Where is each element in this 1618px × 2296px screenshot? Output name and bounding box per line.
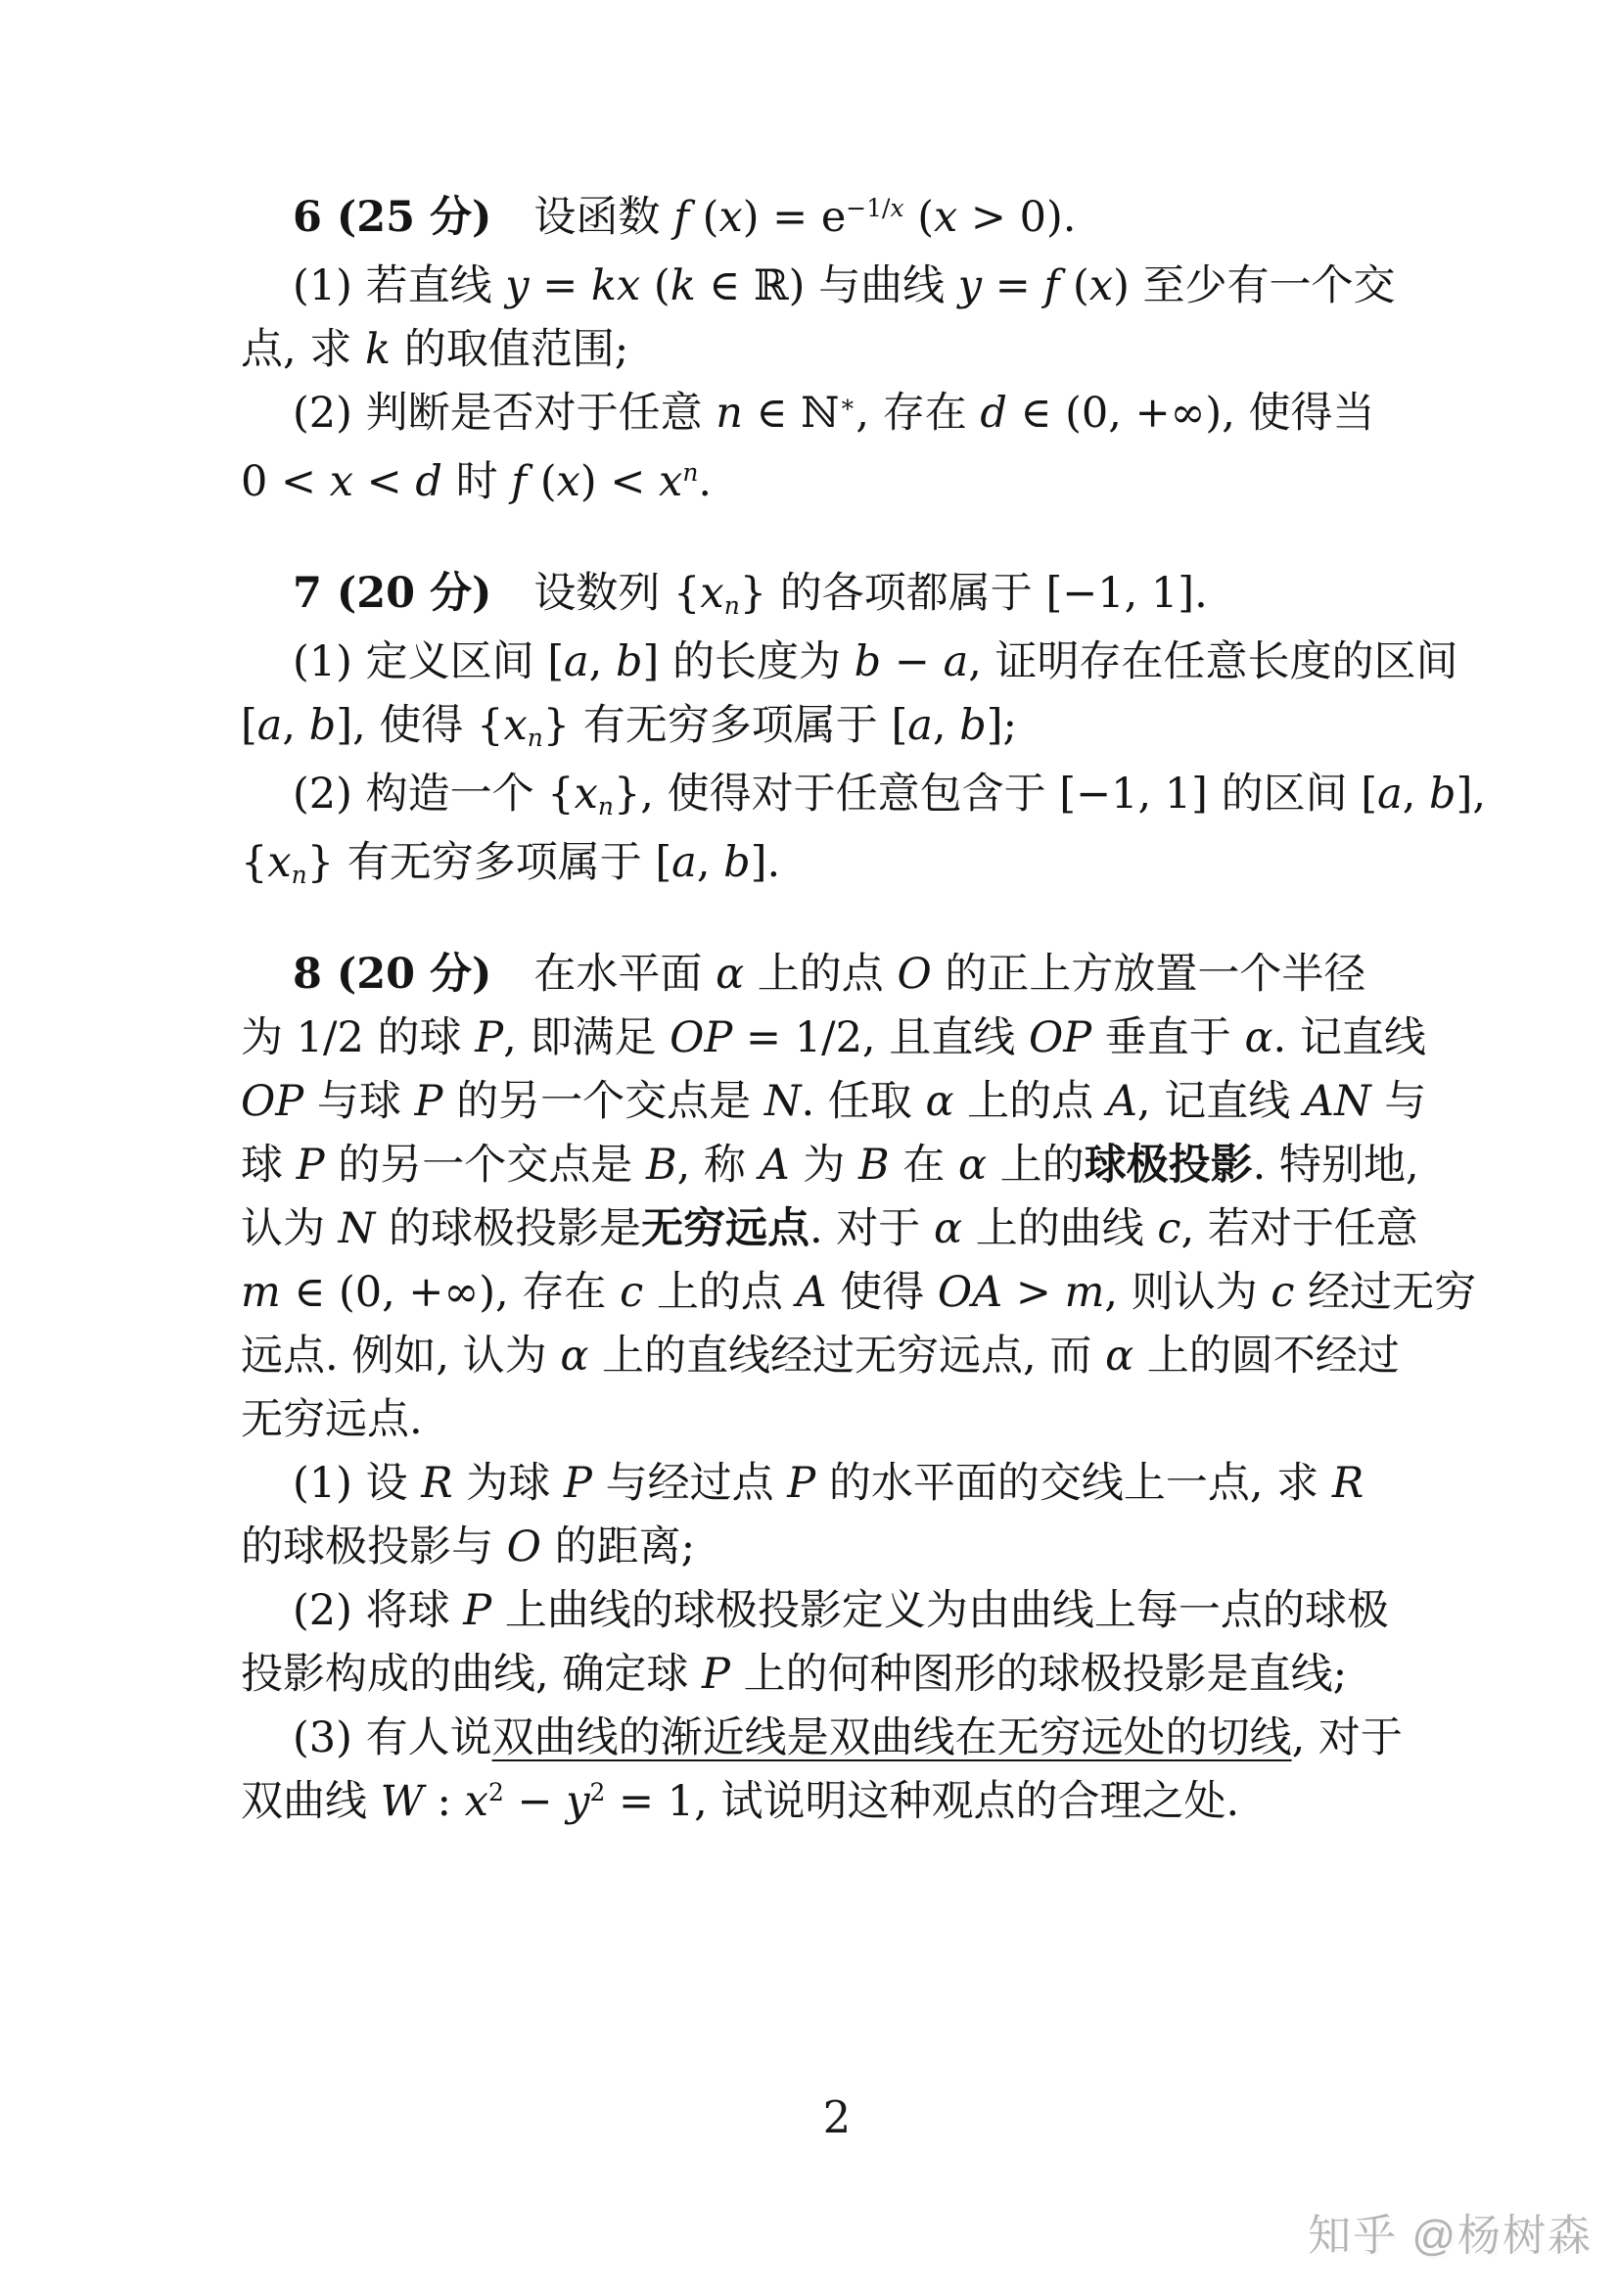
problem-7: 7 (20 分) 设数列 {xn} 的各项都属于 [−1, 1].(1) 定义区… (241, 562, 1433, 900)
text-line: (1) 定义区间 [a, b] 的长度为 b − a, 证明存在任意长度的区间 (241, 631, 1433, 694)
text-line: (1) 若直线 y = kx (k ∈ ℝ) 与曲线 y = f (x) 至少有… (241, 255, 1433, 318)
document-page: 6 (25 分) 设函数 f (x) = e−1/x (x > 0).(1) 若… (0, 0, 1618, 2296)
page-number: 2 (241, 2091, 1433, 2143)
text-line: 远点. 例如, 认为 α 上的直线经过无穷远点, 而 α 上的圆不经过 (241, 1325, 1433, 1388)
text-line: (1) 设 R 为球 P 与经过点 P 的水平面的交线上一点, 求 R (241, 1452, 1433, 1516)
text-line: OP 与球 P 的另一个交点是 N. 任取 α 上的点 A, 记直线 AN 与 (241, 1070, 1433, 1134)
text-line: 的球极投影与 O 的距离; (241, 1516, 1433, 1579)
exam-content: 6 (25 分) 设函数 f (x) = e−1/x (x > 0).(1) 若… (241, 186, 1433, 1839)
watermark: 知乎 @杨树森 (1308, 2200, 1593, 2263)
text-line: 7 (20 分) 设数列 {xn} 的各项都属于 [−1, 1]. (241, 562, 1433, 631)
text-line: 为 1/2 的球 P, 即满足 OP = 1/2, 且直线 OP 垂直于 α. … (241, 1007, 1433, 1070)
text-line: 8 (20 分) 在水平面 α 上的点 O 的正上方放置一个半径 (241, 943, 1433, 1007)
text-line: 投影构成的曲线, 确定球 P 上的何种图形的球极投影是直线; (241, 1643, 1433, 1707)
text-line: 点, 求 k 的取值范围; (241, 318, 1433, 382)
text-line: [a, b], 使得 {xn} 有无穷多项属于 [a, b]; (241, 694, 1433, 763)
text-line: m ∈ (0, +∞), 存在 c 上的点 A 使得 OA > m, 则认为 c… (241, 1261, 1433, 1325)
text-line: 6 (25 分) 设函数 f (x) = e−1/x (x > 0). (241, 186, 1433, 255)
text-line: 双曲线 W : x2 − y2 = 1, 试说明这种观点的合理之处. (241, 1770, 1433, 1839)
text-line: 无穷远点. (241, 1388, 1433, 1452)
text-line: (2) 构造一个 {xn}, 使得对于任意包含于 [−1, 1] 的区间 [a,… (241, 763, 1433, 831)
text-line: (3) 有人说双曲线的渐近线是双曲线在无穷远处的切线, 对于 (241, 1707, 1433, 1770)
text-line: 认为 N 的球极投影是无穷远点. 对于 α 上的曲线 c, 若对于任意 (241, 1197, 1433, 1261)
text-line: (2) 判断是否对于任意 n ∈ ℕ∗, 存在 d ∈ (0, +∞), 使得当 (241, 382, 1433, 450)
text-line: {xn} 有无穷多项属于 [a, b]. (241, 831, 1433, 900)
text-line: 球 P 的另一个交点是 B, 称 A 为 B 在 α 上的球极投影. 特别地, (241, 1134, 1433, 1197)
text-line: 0 < x < d 时 f (x) < xn. (241, 450, 1433, 519)
text-line: (2) 将球 P 上曲线的球极投影定义为由曲线上每一点的球极 (241, 1579, 1433, 1643)
problem-8: 8 (20 分) 在水平面 α 上的点 O 的正上方放置一个半径为 1/2 的球… (241, 943, 1433, 1839)
problem-6: 6 (25 分) 设函数 f (x) = e−1/x (x > 0).(1) 若… (241, 186, 1433, 519)
